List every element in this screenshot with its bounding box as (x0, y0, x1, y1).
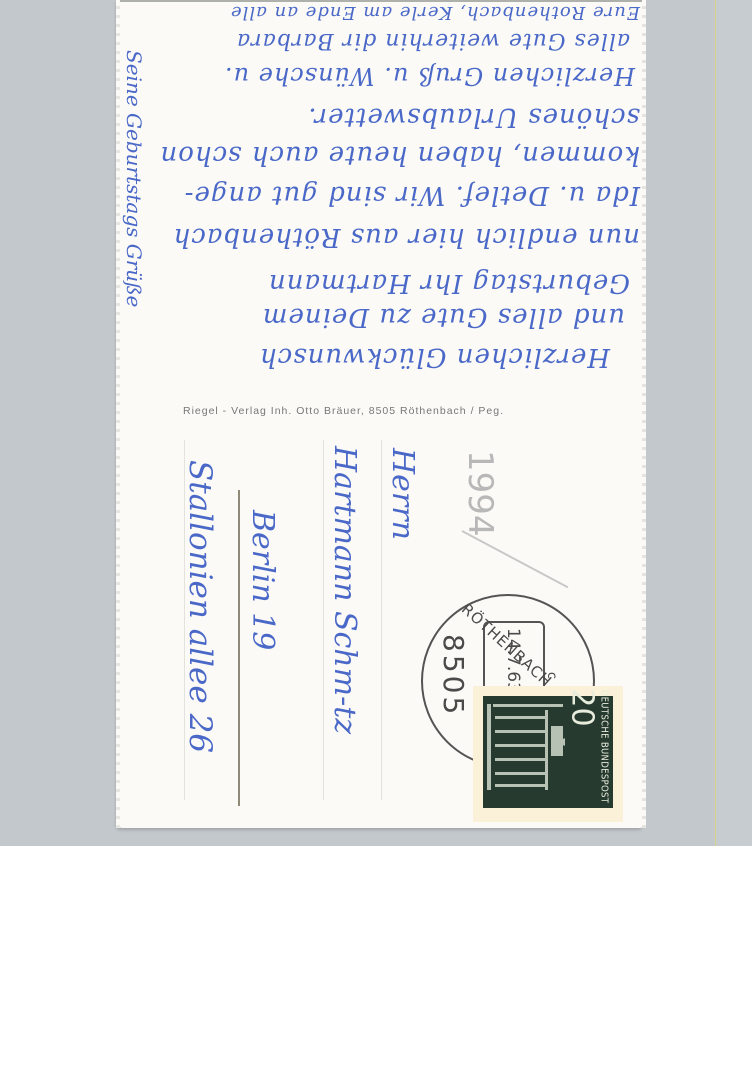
deckle-edge-left (116, 0, 120, 828)
address-city: Berlin 19 (245, 510, 280, 650)
scan-right-strip (716, 0, 752, 846)
stamp-value: 20 (564, 688, 599, 726)
postmark-letter: c (544, 672, 559, 679)
message-line: kommen, haben heute auch schon (150, 140, 640, 170)
publisher-imprint: Riegel - Verlag Inh. Otto Bräuer, 8505 R… (183, 405, 504, 417)
address-name: Hartmann Schm-tz (327, 446, 362, 734)
postmark-zip: 8505 (437, 634, 470, 717)
address-guide-line (381, 440, 382, 800)
message-line: nun endlich hier aus Röthenbach (150, 222, 640, 252)
postmark-date: 14.7.63 (503, 628, 523, 693)
stamp-country: DEUTSCHE BUNDESPOST (599, 690, 610, 804)
message-line: alles Gute weiterhin dir Barbara (170, 28, 630, 53)
address-street: Stallonien allee 26 (182, 460, 218, 753)
address-guide-line (323, 440, 324, 800)
message-line: Eure Rothenbach, Kerle am Ende an alle (130, 2, 640, 23)
brandenburg-gate-icon (481, 696, 569, 798)
message-line: schönes Urlaubswetter. (260, 102, 640, 132)
city-underline (238, 490, 240, 806)
message-line: Ida u. Detlef. Wir sind gut ange- (150, 180, 640, 210)
address-salutation: Herrn (385, 448, 420, 540)
deckle-edge-right (642, 0, 646, 828)
message-line: Geburtstag Ihr Hartmann (210, 268, 630, 298)
pencil-note: 1994 (460, 450, 500, 537)
message-line: Herzlichen Gruß u. Wünsche u. (255, 62, 635, 90)
message-line: und alles Gute zu Deinem (165, 302, 625, 332)
message-line: Herzlichen Glückwunsch (170, 342, 610, 372)
postage-stamp: 20 DEUTSCHE BUNDESPOST (473, 686, 623, 822)
margin-note: Seine Geburtstags Grüße (122, 50, 146, 307)
